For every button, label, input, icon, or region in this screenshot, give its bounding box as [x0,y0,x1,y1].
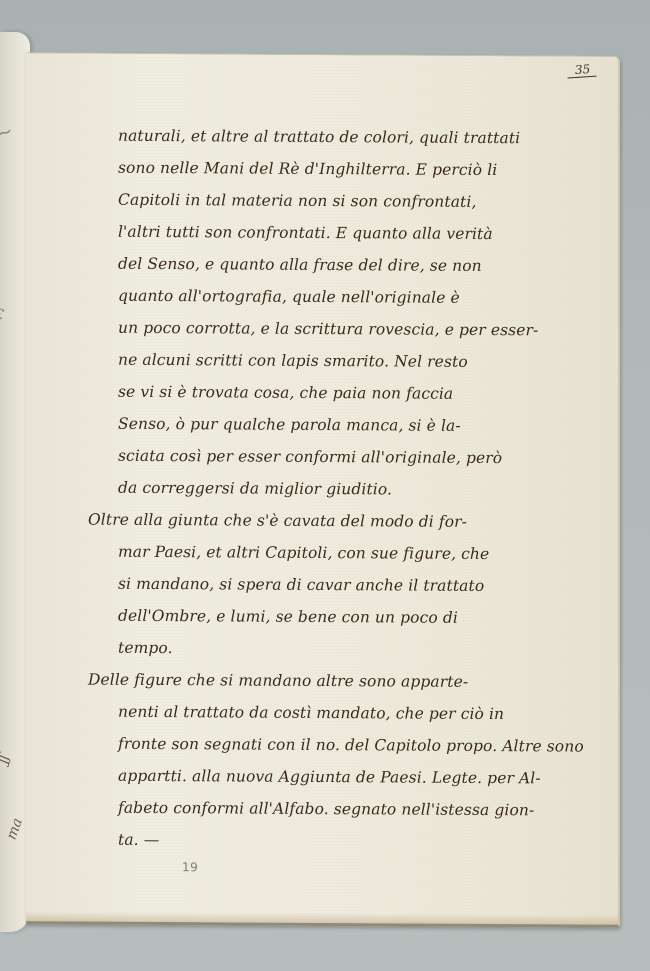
ink-bleed-mark: ~ [0,120,16,145]
text-line: ne alcuni scritti con lapis smarito. Nel… [88,344,568,379]
folio-number: 35 [566,62,596,79]
text-line: se vi si è trovata cosa, che paia non fa… [88,376,568,411]
ink-bleed-mark: ε [0,301,6,323]
text-line: da correggersi da miglior giuditio. [88,472,568,507]
text-line: ta. — [88,824,568,859]
text-line: tempo. [88,632,568,667]
manuscript-page: 35 naturali, et altre al trattato de col… [26,52,620,928]
text-line: Capitoli in tal materia non si son confr… [88,184,568,219]
text-line: un poco corrotta, e la scrittura rovesci… [88,312,568,347]
text-line: del Senso, e quanto alla frase del dire,… [88,248,568,283]
text-line: si mandano, si spera di cavar anche il t… [88,568,568,603]
text-line: nenti al trattato da costì mandato, che … [88,696,568,731]
text-line: naturali, et altre al trattato de colori… [88,120,568,155]
text-line: fronte son segnati con il no. del Capito… [88,728,568,763]
paragraph-2: Oltre alla giunta che s'è cavata del mod… [88,504,568,667]
text-line: fabeto conformi all'Alfabo. segnato nell… [88,792,568,827]
text-line: quanto all'ortografia, quale nell'origin… [88,280,568,315]
text-line: mar Paesi, et altri Capitoli, con sue fi… [88,536,568,571]
paragraph-1: naturali, et altre al trattato de colori… [88,120,568,507]
paragraph-3: Delle figure che si mandano altre sono a… [88,664,568,859]
text-line: Senso, ò pur qualche parola manca, si è … [88,408,568,443]
text-line: dell'Ombre, e lumi, se bene con un poco … [88,600,568,635]
ink-bleed-mark: ma [5,816,26,841]
text-line: sono nelle Mani del Rè d'Inghilterra. E … [88,152,568,187]
text-line: sciata così per esser conformi all'origi… [88,440,568,475]
ink-bleed-mark: ʃʃ [0,753,12,765]
text-line: l'altri tutti son confrontati. E quanto … [88,216,568,251]
text-line: Oltre alla giunta che s'è cavata del mod… [88,504,568,539]
pencil-number: 19 [182,860,198,874]
text-line: appartti. alla nuova Aggiunta de Paesi. … [88,760,568,795]
manuscript-text: naturali, et altre al trattato de colori… [88,120,568,859]
text-line: Delle figure che si mandano altre sono a… [88,664,568,699]
